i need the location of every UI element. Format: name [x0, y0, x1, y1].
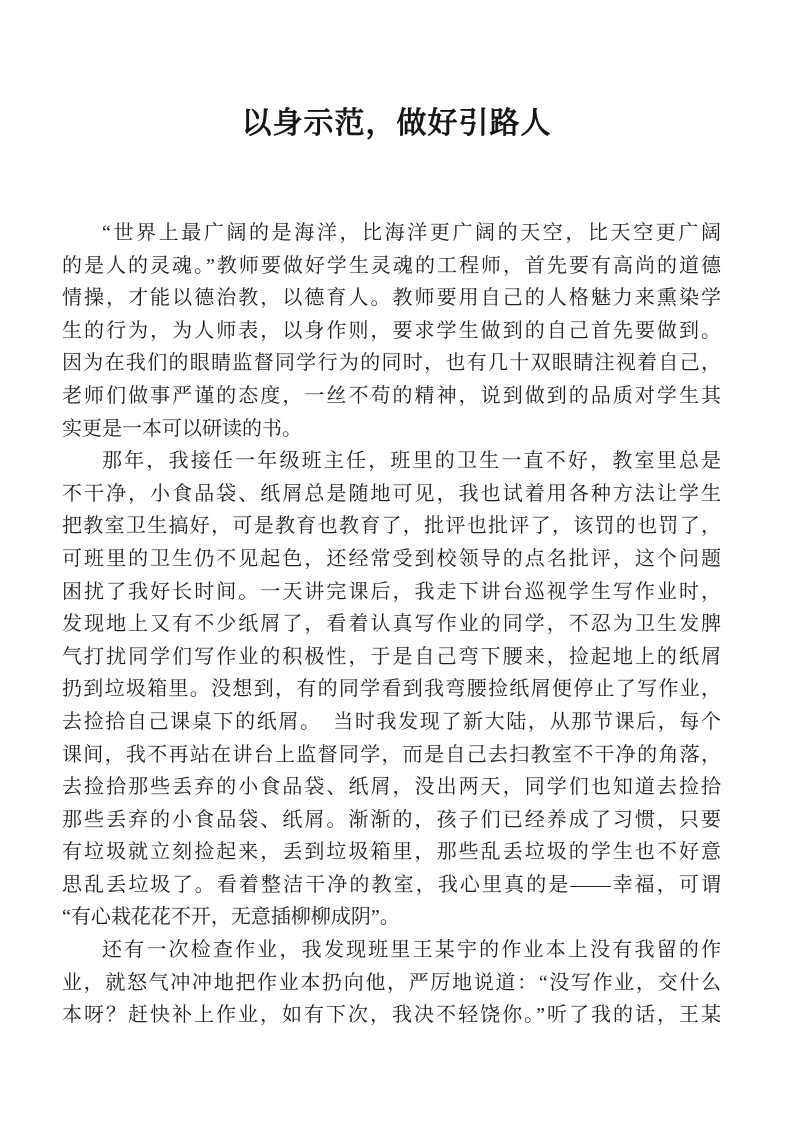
- text-line: 不干净，小食品袋、纸屑总是随地可见，我也试着用各种方法让学生: [62, 478, 721, 511]
- text-line: 生的行为，为人师表，以身作则，要求学生做到的自己首先要做到。: [62, 315, 721, 348]
- text-line: 老师们做事严谨的态度，一丝不苟的精神，说到做到的品质对学生其: [62, 380, 721, 413]
- text-line: 思乱丢垃圾了。看着整洁干净的教室，我心里真的是——幸福，可谓: [62, 869, 721, 902]
- text-line: 把教室卫生搞好，可是教育也教育了，批评也批评了，该罚的也罚了，: [62, 510, 721, 543]
- text-line: “有心栽花花不开，无意插柳柳成阴”。: [62, 901, 721, 934]
- text-line: 去捡拾自己课桌下的纸屑。 当时我发现了新大陆，从那节课后，每个: [62, 706, 721, 739]
- text-line: 因为在我们的眼睛监督同学行为的同时，也有几十双眼睛注视着自己，: [62, 347, 721, 380]
- text-line: 业，就怒气冲冲地把作业本扔向他，严厉地说道：“没写作业，交什么: [62, 967, 721, 1000]
- text-line: 发现地上又有不少纸屑了，看着认真写作业的同学，不忍为卫生发脾: [62, 608, 721, 641]
- text-line: “世界上最广阔的是海洋，比海洋更广阔的天空，比天空更广阔: [62, 217, 721, 250]
- text-line: 那年，我接任一年级班主任，班里的卫生一直不好，教室里总是: [62, 445, 721, 478]
- text-line: 扔到垃圾箱里。没想到，有的同学看到我弯腰捡纸屑便停止了写作业，: [62, 673, 721, 706]
- text-line: 实更是一本可以研读的书。: [62, 413, 721, 446]
- text-line: 可班里的卫生仍不见起色，还经常受到校领导的点名批评，这个问题: [62, 543, 721, 576]
- text-line: 的是人的灵魂。”教师要做好学生灵魂的工程师，首先要有高尚的道德: [62, 250, 721, 283]
- document-title: 以身示范，做好引路人: [0, 98, 793, 142]
- text-line: 气打扰同学们写作业的积极性，于是自己弯下腰来，捡起地上的纸屑: [62, 641, 721, 674]
- text-line: 困扰了我好长时间。一天讲完课后，我走下讲台巡视学生写作业时，: [62, 576, 721, 609]
- text-line: 情操，才能以德治教，以德育人。教师要用自己的人格魅力来熏染学: [62, 282, 721, 315]
- text-line: 去捡拾那些丢弃的小食品袋、纸屑，没出两天，同学们也知道去捡拾: [62, 771, 721, 804]
- text-line: 课间，我不再站在讲台上监督同学，而是自己去扫教室不干净的角落，: [62, 739, 721, 772]
- text-line: 还有一次检查作业，我发现班里王某宇的作业本上没有我留的作: [62, 934, 721, 967]
- text-line: 那些丢弃的小食品袋、纸屑。渐渐的，孩子们已经养成了习惯，只要: [62, 804, 721, 837]
- text-line: 本呀？赶快补上作业，如有下次，我决不轻饶你。”听了我的话，王某: [62, 999, 721, 1032]
- text-line: 有垃圾就立刻捡起来，丢到垃圾箱里，那些乱丢垃圾的学生也不好意: [62, 836, 721, 869]
- document-page: 以身示范，做好引路人 “世界上最广阔的是海洋，比海洋更广阔的天空，比天空更广阔的…: [0, 0, 793, 1122]
- document-body: “世界上最广阔的是海洋，比海洋更广阔的天空，比天空更广阔的是人的灵魂。”教师要做…: [62, 217, 721, 1032]
